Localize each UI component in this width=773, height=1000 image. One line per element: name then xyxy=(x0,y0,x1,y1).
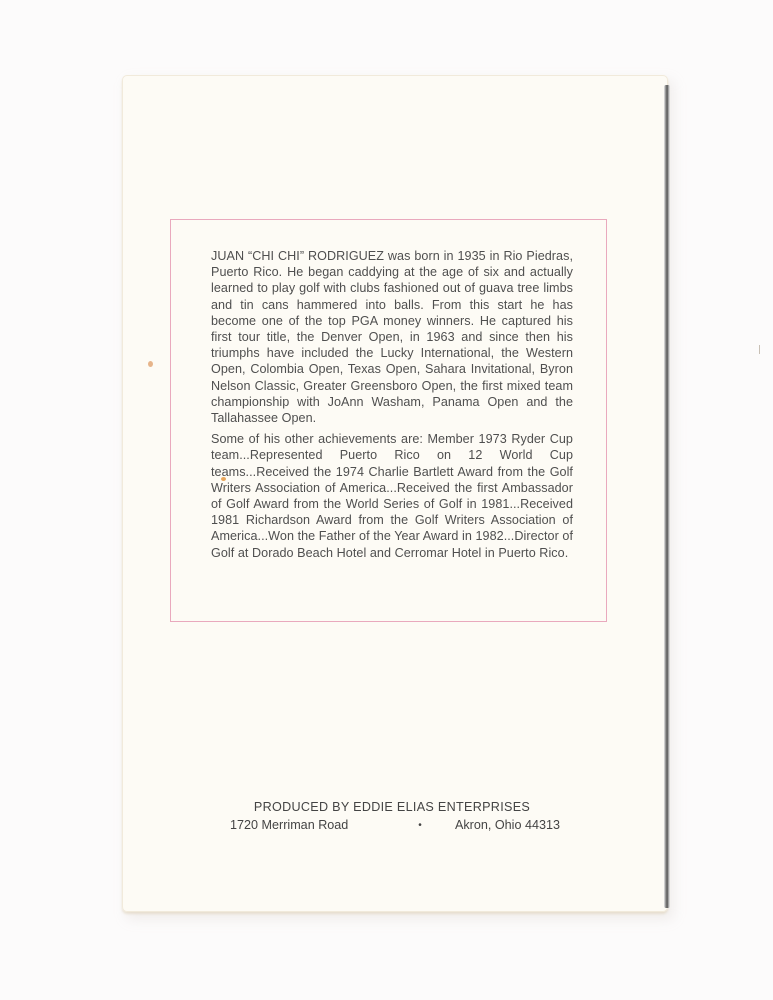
street-address: 1720 Merriman Road xyxy=(230,818,400,832)
stain-mark xyxy=(148,361,153,367)
bullet-separator: • xyxy=(400,820,440,831)
publisher-footer: PRODUCED BY EDDIE ELIAS ENTERPRISES 1720… xyxy=(122,800,668,832)
address-line: 1720 Merriman Road • Akron, Ohio 44313 xyxy=(122,818,668,832)
stray-mark xyxy=(759,345,760,354)
biography: JUAN “CHI CHI” RODRIGUEZ was born in 193… xyxy=(211,248,573,566)
bio-paragraph-1: JUAN “CHI CHI” RODRIGUEZ was born in 193… xyxy=(211,248,573,426)
producer-line: PRODUCED BY EDDIE ELIAS ENTERPRISES xyxy=(116,800,668,814)
book-spine-edge xyxy=(664,85,670,908)
bio-paragraph-2: Some of his other achievements are: Memb… xyxy=(211,431,573,561)
city-state-zip: Akron, Ohio 44313 xyxy=(440,818,560,832)
stain-mark xyxy=(221,477,226,481)
